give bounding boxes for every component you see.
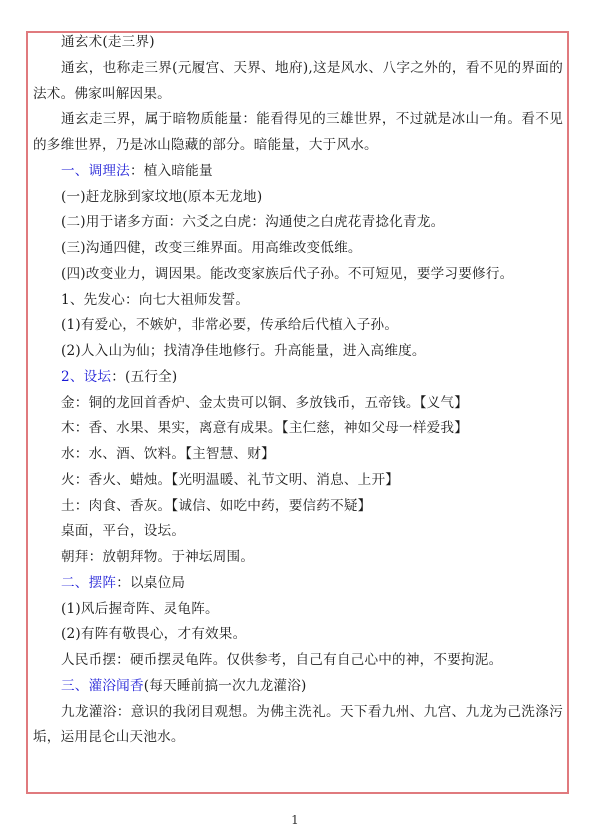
element-item-earth: 土：肉食、香灰。【诚信、如吃中药，要信药不疑】 xyxy=(33,494,563,520)
step-2-subtitle: ：(五行全) xyxy=(111,369,177,385)
document-title: 通玄术(走三界) xyxy=(33,30,563,56)
section-1-item: (一)赶龙脉到家坟地(原本无龙地) xyxy=(33,185,563,211)
step-2-heading: 2、设坛 xyxy=(61,369,111,385)
section-2-item: (1)风后握奇阵、灵龟阵。 xyxy=(33,597,563,623)
intro-paragraph-1: 通玄，也称走三界(元履宫、天界、地府),这是风水、八字之外的，看不见的界面的法术… xyxy=(33,56,563,108)
section-1-heading-line: 一、调理法：植入暗能量 xyxy=(33,159,563,185)
section-2-heading: 二、摆阵 xyxy=(61,575,116,591)
section-1-heading: 调理法 xyxy=(89,163,130,179)
section-1-item: (二)用于诸多方面：六爻之白虎：沟通使之白虎花青捻化青龙。 xyxy=(33,210,563,236)
page-number: 1 xyxy=(0,813,590,827)
step-1-item: (1)有爱心，不嫉妒，非常必要，传承给后代植入子孙。 xyxy=(33,313,563,339)
element-item-wood: 木：香、水果、果实，离意有成果。【主仁慈，神如父母一样爱我】 xyxy=(33,416,563,442)
element-item-metal: 金：铜的龙回首香炉、金太贵可以铜、多放钱币，五帝钱。【义气】 xyxy=(33,391,563,417)
section-2-heading-line: 二、摆阵：以桌位局 xyxy=(33,571,563,597)
element-item-water: 水：水、酒、饮料。【主智慧、财】 xyxy=(33,442,563,468)
section-2-item: (2)有阵有敬畏心，才有效果。 xyxy=(33,622,563,648)
section-3-body: 九龙灌浴：意识的我闭目观想。为佛主洗礼。天下看九州、九宫、九龙为己洗涤污垢，运用… xyxy=(33,700,563,752)
section-3-heading-line: 三、灌浴闻香(每天睡前搞一次九龙灌浴) xyxy=(33,674,563,700)
section-1-subtitle: ：植入暗能量 xyxy=(130,163,213,179)
section-1-prefix: 一、 xyxy=(61,163,89,179)
step-2-heading-line: 2、设坛：(五行全) xyxy=(33,365,563,391)
worship-note: 朝拜：放朝拜物。于神坛周围。 xyxy=(33,545,563,571)
section-2-subtitle: ：以桌位局 xyxy=(116,575,185,591)
section-1-item: (三)沟通四健，改变三维界面。用高维改变低维。 xyxy=(33,236,563,262)
section-3-heading: 三、灌浴闻香 xyxy=(61,678,144,694)
intro-paragraph-2: 通玄走三界，属于暗物质能量：能看得见的三雄世界，不过就是冰山一角。看不见的多维世… xyxy=(33,107,563,159)
step-1-item: (2)人入山为仙；找清净佳地修行。升高能量，进入高维度。 xyxy=(33,339,563,365)
altar-note: 桌面，平台，设坛。 xyxy=(33,519,563,545)
section-1-item: (四)改变业力，调因果。能改变家族后代子孙。不可短见，要学习要修行。 xyxy=(33,262,563,288)
step-1-heading: 1、先发心：向七大祖师发誓。 xyxy=(33,288,563,314)
document-body: 通玄术(走三界) 通玄，也称走三界(元履宫、天界、地府),这是风水、八字之外的，… xyxy=(33,30,563,751)
section-2-item: 人民币摆：硬币摆灵龟阵。仅供参考，自己有自己心中的神，不要拘泥。 xyxy=(33,648,563,674)
element-item-fire: 火：香火、蜡烛。【光明温暖、礼节文明、消息、上开】 xyxy=(33,468,563,494)
section-3-subtitle: (每天睡前搞一次九龙灌浴) xyxy=(144,678,307,694)
